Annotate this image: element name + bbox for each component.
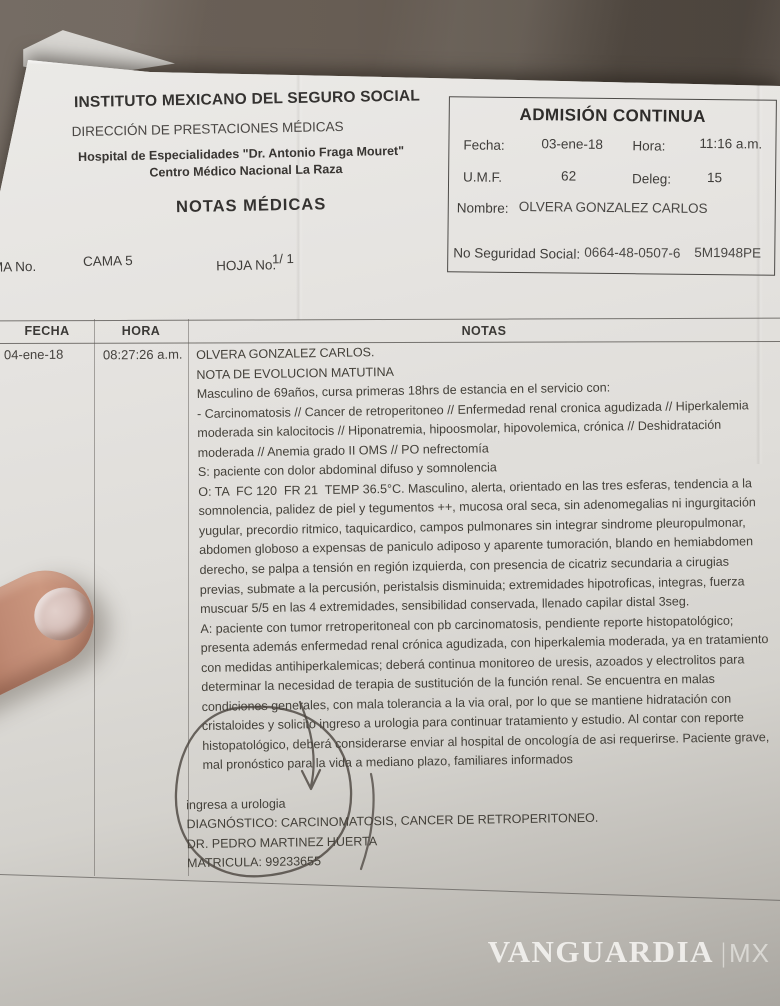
umf-label: U.M.F.	[463, 169, 502, 184]
photo-of-medical-note: INSTITUTO MEXICANO DEL SEGURO SOCIAL DIR…	[0, 0, 780, 1006]
institute-name: INSTITUTO MEXICANO DEL SEGURO SOCIAL	[74, 86, 494, 112]
column-header-notas: NOTAS	[188, 324, 780, 338]
hora-label: Hora:	[632, 138, 665, 153]
column-header-fecha: FECHA	[0, 324, 94, 338]
nss-extra-value: 5M1948PE	[694, 245, 761, 261]
table-border-top	[0, 318, 780, 322]
column-divider	[94, 319, 95, 876]
nombre-value: OLVERA GONZALEZ CARLOS	[519, 199, 708, 216]
medical-note-paper: INSTITUTO MEXICANO DEL SEGURO SOCIAL DIR…	[0, 0, 780, 1006]
admision-continua-box: ADMISIÓN CONTINUA Fecha: 03-ene-18 Hora:…	[447, 96, 777, 275]
umf-value: 62	[561, 168, 576, 183]
cama-number-label: CAMA No.	[0, 259, 36, 275]
vanguardia-watermark: VANGUARDIA | MX	[488, 934, 770, 970]
medical-center-name: Centro Médico Nacional La Raza	[149, 160, 449, 180]
hoja-number-value: 1/ 1	[272, 251, 294, 266]
hoja-number-label: HOJA No.	[216, 257, 276, 273]
nss-value: 0664-48-0507-6	[584, 245, 680, 261]
row-hora-value: 08:27:26 a.m.	[103, 347, 183, 363]
nombre-label: Nombre:	[457, 200, 509, 216]
delegacion-label: Deleg:	[632, 171, 671, 186]
fecha-value: 03-ene-18	[541, 136, 603, 152]
clinical-note-text: OLVERA GONZALEZ CARLOS. NOTA DE EVOLUCIO…	[196, 337, 780, 874]
paper-shadow-wrap: INSTITUTO MEXICANO DEL SEGURO SOCIAL DIR…	[0, 0, 780, 1006]
fecha-label: Fecha:	[463, 137, 504, 152]
nss-label: No Seguridad Social:	[453, 245, 580, 261]
cama-number-value: CAMA 5	[83, 253, 133, 269]
admision-box-title: ADMISIÓN CONTINUA	[450, 104, 776, 127]
table-border-bottom	[0, 874, 780, 901]
imss-letterhead: INSTITUTO MEXICANO DEL SEGURO SOCIAL DIR…	[0, 0, 458, 2]
column-divider	[188, 319, 189, 876]
watermark-suffix: MX	[729, 938, 770, 969]
column-header-hora: HORA	[94, 324, 188, 338]
watermark-divider: |	[721, 938, 725, 969]
hora-value: 11:16 a.m.	[699, 136, 762, 152]
row-fecha-value: 04-ene-18	[4, 347, 63, 363]
document-title: NOTAS MÉDICAS	[176, 195, 327, 217]
direction-line: DIRECCIÓN DE PRESTACIONES MÉDICAS	[71, 116, 491, 139]
watermark-brand: VANGUARDIA	[488, 934, 714, 970]
delegacion-value: 15	[707, 170, 722, 185]
